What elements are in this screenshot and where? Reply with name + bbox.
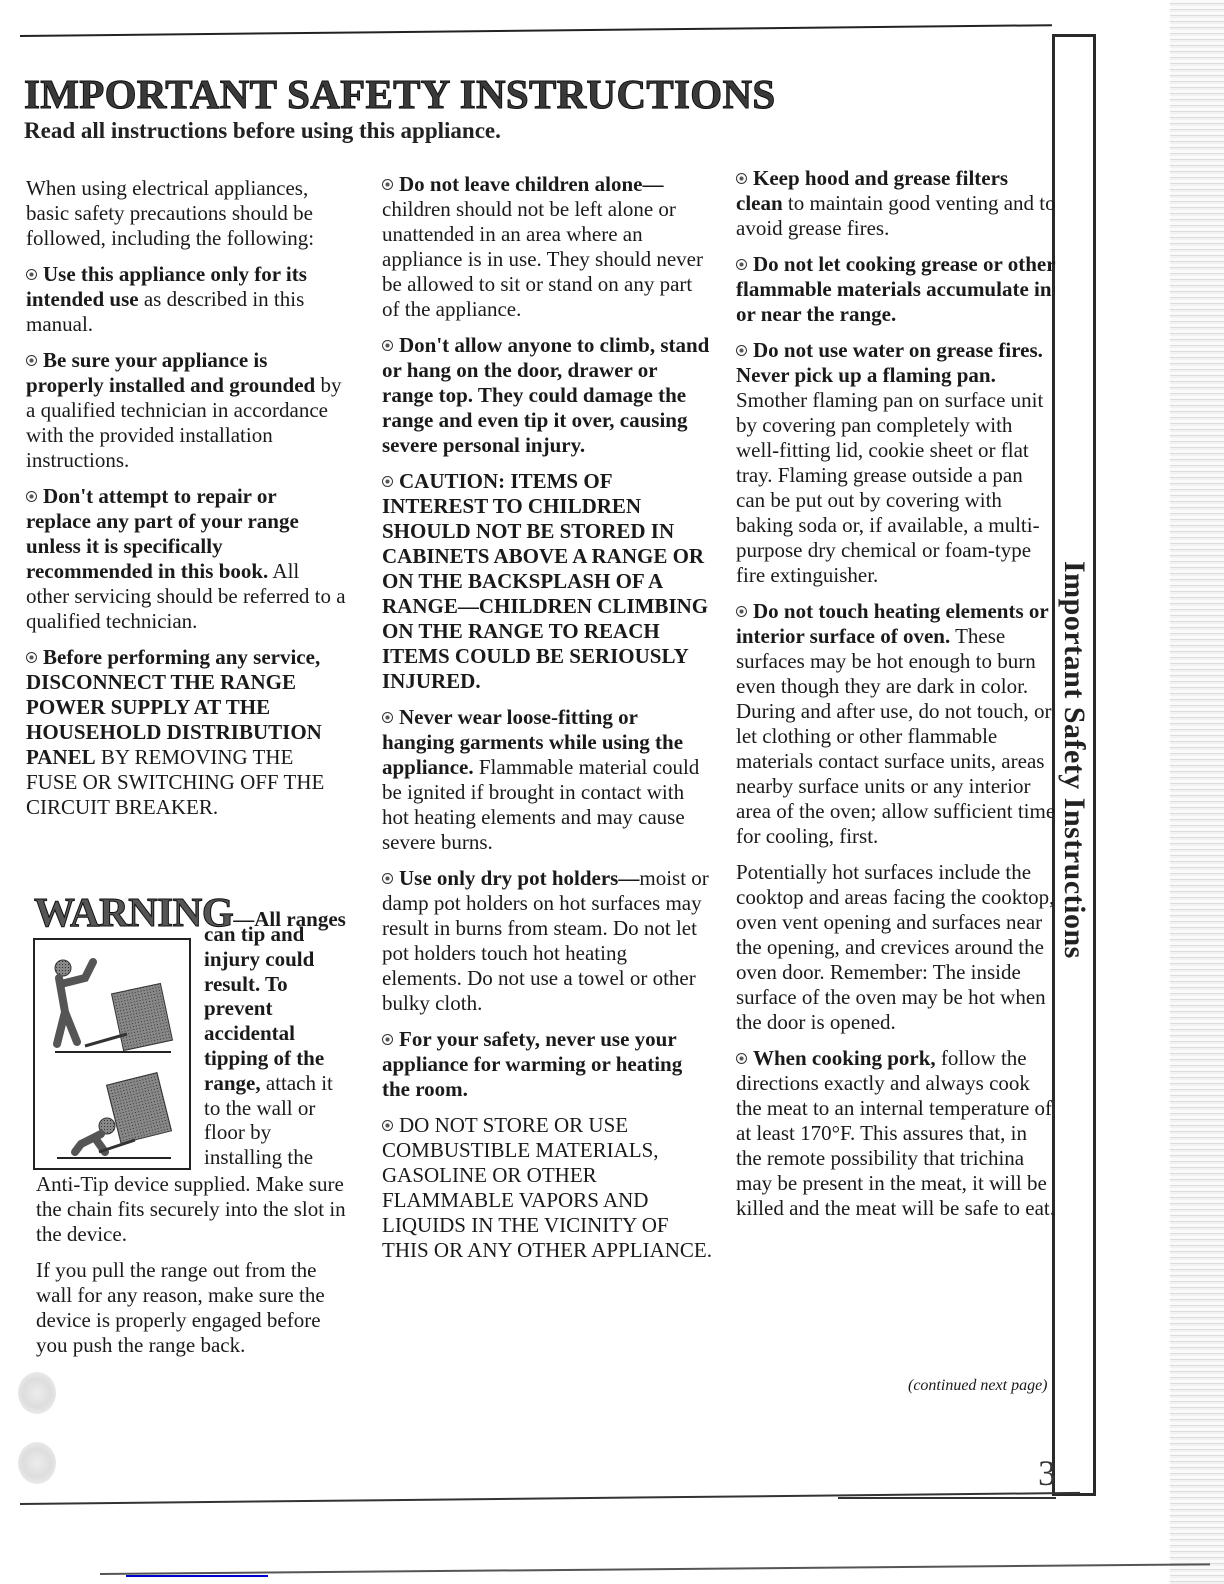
page-number: 3 — [1038, 1452, 1056, 1494]
bullet-icon — [26, 652, 37, 663]
page-title: IMPORTANT SAFETY INSTRUCTIONS — [24, 70, 775, 118]
bullet-icon — [382, 340, 393, 351]
list-item: Do not touch heating elements or interio… — [736, 599, 1056, 849]
intro-paragraph: When using electrical appliances, basic … — [26, 176, 346, 251]
tip-over-icon — [35, 940, 189, 1168]
bullet-icon — [736, 173, 747, 184]
bullet-icon — [736, 606, 747, 617]
list-item: Never wear loose-fitting or hanging garm… — [382, 705, 712, 855]
list-item: Don't allow anyone to climb, stand or ha… — [382, 333, 712, 458]
punch-hole-icon — [18, 1372, 56, 1414]
bullet-icon — [382, 1120, 393, 1131]
bullet-icon — [26, 355, 37, 366]
scan-edge — [1170, 0, 1224, 1584]
list-item: Don't attempt to repair or replace any p… — [26, 484, 346, 634]
side-tab-label: Important Safety Instructions — [1057, 561, 1091, 959]
bullet-icon — [382, 873, 393, 884]
bullet-icon — [736, 1053, 747, 1064]
bullet-icon — [736, 259, 747, 270]
list-item: When cooking pork, follow the directions… — [736, 1046, 1056, 1221]
list-item: For your safety, never use your applianc… — [382, 1027, 712, 1102]
warning-extra: If you pull the range out from the wall … — [36, 1258, 346, 1358]
warning-continuation: Anti-Tip device supplied. Make sure the … — [36, 1172, 346, 1369]
bullet-icon — [26, 269, 37, 280]
top-rule — [20, 24, 1052, 37]
list-item: Use only dry pot holders—moist or damp p… — [382, 866, 712, 1016]
bullet-icon — [382, 179, 393, 190]
page-subtitle: Read all instructions before using this … — [24, 118, 501, 144]
bullet-icon — [382, 476, 393, 487]
punch-hole-icon — [18, 1442, 56, 1484]
bullet-icon — [382, 712, 393, 723]
blue-mark — [126, 1575, 268, 1577]
list-item: Do not let cooking grease or other flamm… — [736, 252, 1056, 327]
tipping-range-illustration — [33, 938, 191, 1170]
list-item: Use this appliance only for its intended… — [26, 262, 346, 337]
list-item: CAUTION: ITEMS OF INTEREST TO CHILDREN S… — [382, 469, 712, 694]
bullet-icon — [26, 491, 37, 502]
warning-body: can tip and injury could result. To prev… — [204, 922, 344, 1170]
column-1: When using electrical appliances, basic … — [26, 176, 346, 831]
list-item: Do not leave children alone—children sho… — [382, 172, 712, 322]
column-2: Do not leave children alone—children sho… — [382, 172, 712, 1274]
list-item: Before performing any service, DISCONNEC… — [26, 645, 346, 820]
list-item: DO NOT STORE OR USE COMBUSTIBLE MATERIAL… — [382, 1113, 712, 1263]
list-item: Keep hood and grease filters clean to ma… — [736, 166, 1056, 241]
list-item: Do not use water on grease fires. Never … — [736, 338, 1056, 588]
column-3: Keep hood and grease filters clean to ma… — [736, 166, 1056, 1232]
bullet-icon — [736, 345, 747, 356]
continued-note: (continued next page) — [908, 1377, 1048, 1395]
scan-bottom-edge — [100, 1563, 1210, 1575]
page-number-rule — [838, 1497, 1056, 1499]
side-tab: Important Safety Instructions — [1051, 540, 1097, 980]
list-item: Be sure your appliance is properly insta… — [26, 348, 346, 473]
bullet-icon — [382, 1034, 393, 1045]
hot-surfaces-note: Potentially hot surfaces include the coo… — [736, 860, 1056, 1035]
